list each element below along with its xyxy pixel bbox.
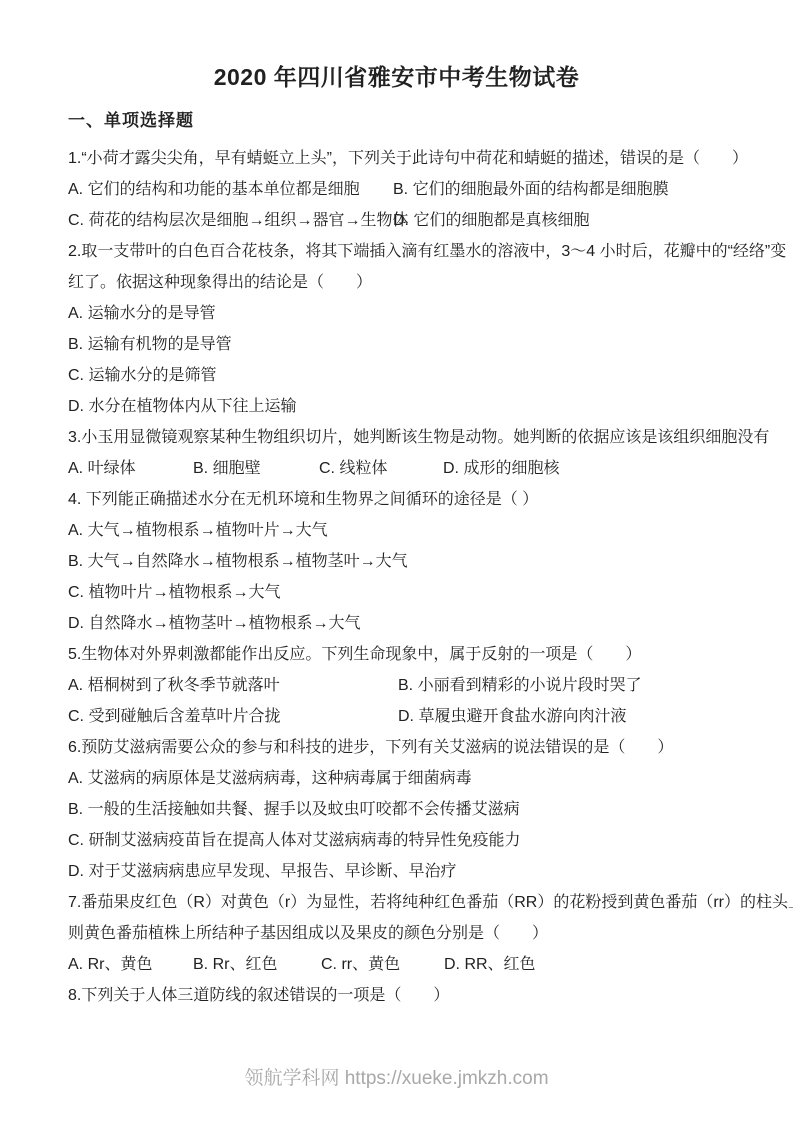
question-7-option: B. Rr、红色	[193, 949, 277, 980]
question-4-options-row-4: D. 自然降水→植物茎叶→植物根系→大气	[68, 608, 758, 639]
question-4-option: A. 大气→植物根系→植物叶片→大气	[68, 515, 328, 546]
questions-list: 1.“小荷才露尖尖角，早有蜻蜓立上头”，下列关于此诗句中荷花和蜻蜓的描述，错误的…	[68, 143, 758, 1011]
question-4-options-row-2: B. 大气→自然降水→植物根系→植物茎叶→大气	[68, 546, 758, 577]
question-2-stem-line-1: 2.取一支带叶的白色百合花枝条，将其下端插入滴有红墨水的溶液中，3～4 小时后，…	[68, 236, 758, 267]
question-6-options-row-2: B. 一般的生活接触如共餐、握手以及蚊虫叮咬都不会传播艾滋病	[68, 794, 758, 825]
question-6-options-row-4: D. 对于艾滋病病患应早发现、早报告、早诊断、早治疗	[68, 856, 758, 887]
question-6-options-row-3: C. 研制艾滋病疫苗旨在提高人体对艾滋病病毒的特异性免疫能力	[68, 825, 758, 856]
question-2-option: D. 水分在植物体内从下往上运输	[68, 391, 296, 422]
question-1-option: A. 它们的结构和功能的基本单位都是细胞	[68, 174, 360, 205]
question-2-options-row-1: A. 运输水分的是导管	[68, 298, 758, 329]
question-4-stem-line-1: 4. 下列能正确描述水分在无机环境和生物界之间循环的途径是（ ）	[68, 484, 758, 515]
question-3-options-row-1: A. 叶绿体B. 细胞壁C. 线粒体D. 成形的细胞核	[68, 453, 758, 484]
question-6-option: D. 对于艾滋病病患应早发现、早报告、早诊断、早治疗	[68, 856, 456, 887]
question-4-option: C. 植物叶片→植物根系→大气	[68, 577, 280, 608]
question-1-options-row-2: C. 荷花的结构层次是细胞→组织→器官→生物体D. 它们的细胞都是真核细胞	[68, 205, 758, 236]
question-6-stem-line-1: 6.预防艾滋病需要公众的参与和科技的进步，下列有关艾滋病的说法错误的是（ ）	[68, 732, 758, 763]
question-1-option: C. 荷花的结构层次是细胞→组织→器官→生物体	[68, 205, 408, 236]
question-7-stem-line-2: 则黄色番茄植株上所结种子基因组成以及果皮的颜色分别是（ ）	[68, 918, 758, 949]
question-2-option: A. 运输水分的是导管	[68, 298, 216, 329]
watermark-footer: 领航学科网 https://xueke.jmkzh.com	[0, 1063, 793, 1094]
question-5-option: D. 草履虫避开食盐水游向肉汁液	[398, 701, 626, 732]
question-1-option: B. 它们的细胞最外面的结构都是细胞膜	[393, 174, 669, 205]
question-3-option: C. 线粒体	[319, 453, 387, 484]
question-3-option: B. 细胞壁	[193, 453, 261, 484]
question-1-stem-line-1: 1.“小荷才露尖尖角，早有蜻蜓立上头”，下列关于此诗句中荷花和蜻蜓的描述，错误的…	[68, 143, 758, 174]
question-2-options-row-3: C. 运输水分的是筛管	[68, 360, 758, 391]
question-2-options-row-2: B. 运输有机物的是导管	[68, 329, 758, 360]
question-7-options-row-1: A. Rr、黄色B. Rr、红色C. rr、黄色D. RR、红色	[68, 949, 758, 980]
question-5-option: C. 受到碰触后含羞草叶片合拢	[68, 701, 280, 732]
question-5-options-row-2: C. 受到碰触后含羞草叶片合拢D. 草履虫避开食盐水游向肉汁液	[68, 701, 758, 732]
page-title: 2020 年四川省雅安市中考生物试卷	[0, 60, 793, 94]
question-2-options-row-4: D. 水分在植物体内从下往上运输	[68, 391, 758, 422]
question-6-option: C. 研制艾滋病疫苗旨在提高人体对艾滋病病毒的特异性免疫能力	[68, 825, 520, 856]
question-8-stem-line-1: 8.下列关于人体三道防线的叙述错误的一项是（ ）	[68, 980, 758, 1011]
question-4-option: B. 大气→自然降水→植物根系→植物茎叶→大气	[68, 546, 408, 577]
section-heading: 一、单项选择题	[68, 108, 758, 139]
question-7-stem-line-1: 7.番茄果皮红色（R）对黄色（r）为显性，若将纯种红色番茄（RR）的花粉授到黄色…	[68, 887, 758, 918]
question-4-option: D. 自然降水→植物茎叶→植物根系→大气	[68, 608, 360, 639]
question-3-option: D. 成形的细胞核	[443, 453, 559, 484]
question-7-option: C. rr、黄色	[321, 949, 400, 980]
question-5-option: B. 小丽看到精彩的小说片段时哭了	[398, 670, 642, 701]
question-6-option: B. 一般的生活接触如共餐、握手以及蚊虫叮咬都不会传播艾滋病	[68, 794, 520, 825]
exam-content: 一、单项选择题 1.“小荷才露尖尖角，早有蜻蜓立上头”，下列关于此诗句中荷花和蜻…	[68, 108, 758, 1011]
question-3-stem-line-1: 3.小玉用显微镜观察某种生物组织切片，她判断该生物是动物。她判断的依据应该是该组…	[68, 422, 758, 453]
question-4-options-row-3: C. 植物叶片→植物根系→大气	[68, 577, 758, 608]
question-1-option: D. 它们的细胞都是真核细胞	[393, 205, 589, 236]
question-6-options-row-1: A. 艾滋病的病原体是艾滋病病毒，这种病毒属于细菌病毒	[68, 763, 758, 794]
question-2-option: B. 运输有机物的是导管	[68, 329, 232, 360]
question-7-option: D. RR、红色	[444, 949, 536, 980]
question-6-option: A. 艾滋病的病原体是艾滋病病毒，这种病毒属于细菌病毒	[68, 763, 472, 794]
question-5-options-row-1: A. 梧桐树到了秋冬季节就落叶B. 小丽看到精彩的小说片段时哭了	[68, 670, 758, 701]
question-2-stem-line-2: 红了。依据这种现象得出的结论是（ ）	[68, 267, 758, 298]
question-7-option: A. Rr、黄色	[68, 949, 152, 980]
question-5-stem-line-1: 5.生物体对外界刺激都能作出反应。下列生命现象中，属于反射的一项是（ ）	[68, 639, 758, 670]
question-5-option: A. 梧桐树到了秋冬季节就落叶	[68, 670, 280, 701]
exam-paper-page: 2020 年四川省雅安市中考生物试卷 一、单项选择题 1.“小荷才露尖尖角，早有…	[0, 0, 793, 1122]
question-1-options-row-1: A. 它们的结构和功能的基本单位都是细胞B. 它们的细胞最外面的结构都是细胞膜	[68, 174, 758, 205]
question-3-option: A. 叶绿体	[68, 453, 136, 484]
question-4-options-row-1: A. 大气→植物根系→植物叶片→大气	[68, 515, 758, 546]
question-2-option: C. 运输水分的是筛管	[68, 360, 216, 391]
